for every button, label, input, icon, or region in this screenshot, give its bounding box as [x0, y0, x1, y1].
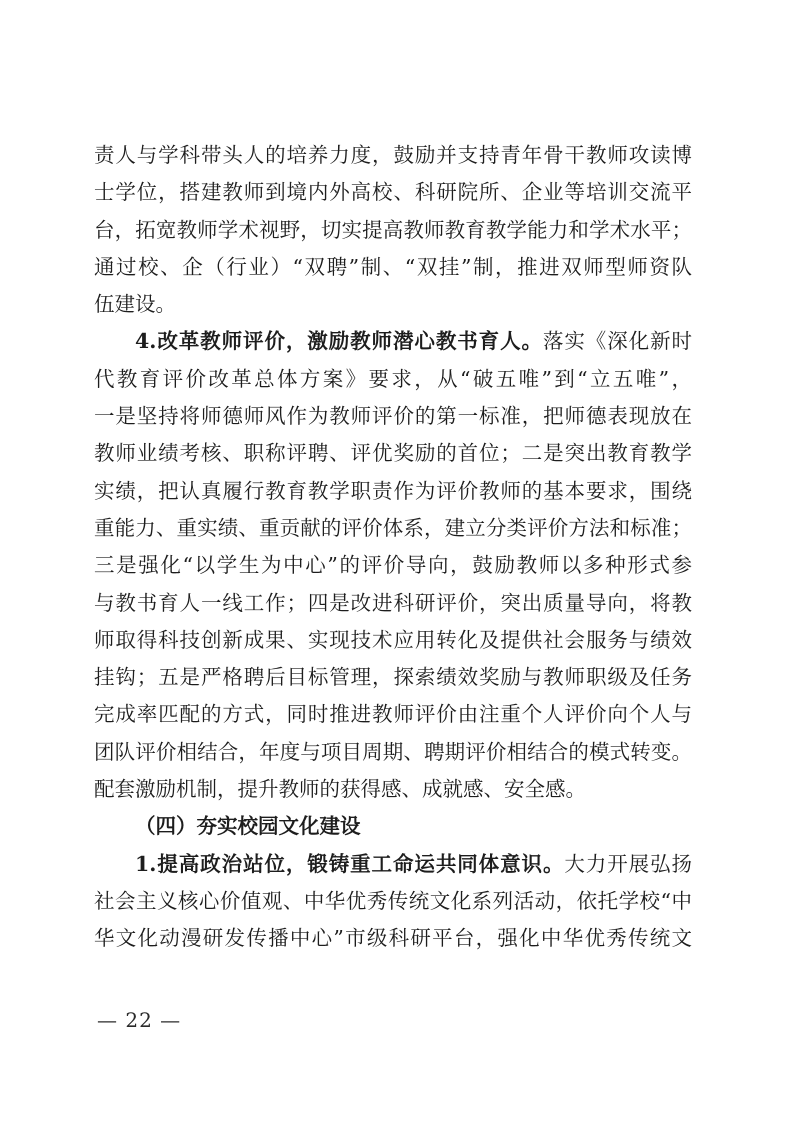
text-line: 一是坚持将师德师风作为教师评价的第一标准，把师德表现放在: [94, 398, 692, 435]
text-line: 责人与学科带头人的培养力度，鼓励并支持青年骨干教师攻读博: [94, 137, 692, 174]
text-line: 社会主义核心价值观、中华优秀传统文化系列活动，依托学校“中: [94, 883, 692, 920]
text-line: 实绩，把认真履行教育教学职责作为评价教师的基本要求，围绕: [94, 473, 692, 510]
text-line: 台，拓宽教师学术视野，切实提高教师教育教学能力和学术水平；: [94, 212, 692, 249]
section-heading: （四）夯实校园文化建设: [94, 808, 692, 845]
text-line: 伍建设。: [94, 286, 692, 323]
text-line: 三是强化“以学生为中心”的评价导向，鼓励教师以多种形式参: [94, 547, 692, 584]
bold-run: 4.改革教师评价，激励教师潜心教书育人。: [135, 329, 543, 353]
bold-run: 1.提高政治站位，锻铸重工命运共同体意识。: [135, 852, 564, 876]
text-line: 团队评价相结合，年度与项目周期、聘期评价相结合的模式转变。: [94, 734, 692, 771]
text-line: 士学位，搭建教师到境内外高校、科研院所、企业等培训交流平: [94, 174, 692, 211]
text-line-paragraph-start: 4.改革教师评价，激励教师潜心教书育人。落实《深化新时: [94, 323, 692, 360]
text-line: 完成率匹配的方式，同时推进教师评价由注重个人评价向个人与: [94, 696, 692, 733]
text-line: 挂钩；五是严格聘后目标管理，探索绩效奖励与教师职级及任务: [94, 659, 692, 696]
document-page: 责人与学科带头人的培养力度，鼓励并支持青年骨干教师攻读博 士学位，搭建教师到境内…: [0, 0, 793, 1122]
text-line: 通过校、企（行业）“双聘”制、“双挂”制，推进双师型师资队: [94, 249, 692, 286]
text-line: 师取得科技创新成果、实现技术应用转化及提供社会服务与绩效: [94, 622, 692, 659]
text-run: 落实《深化新时: [543, 329, 692, 353]
text-line-paragraph-start: 1.提高政治站位，锻铸重工命运共同体意识。大力开展弘扬: [94, 846, 692, 883]
document-body-text: 责人与学科带头人的培养力度，鼓励并支持青年骨干教师攻读博 士学位，搭建教师到境内…: [94, 137, 692, 958]
text-line: 代教育评价改革总体方案》要求，从“破五唯”到“立五唯”，: [94, 361, 692, 398]
text-line: 教师业绩考核、职称评聘、评优奖励的首位；二是突出教育教学: [94, 435, 692, 472]
page-number: — 22 —: [97, 1006, 181, 1034]
text-line: 华文化动漫研发传播中心”市级科研平台，强化中华优秀传统文: [94, 920, 692, 957]
text-line: 配套激励机制，提升教师的获得感、成就感、安全感。: [94, 771, 692, 808]
text-run: 大力开展弘扬: [564, 852, 692, 876]
text-line: 与教书育人一线工作；四是改进科研评价，突出质量导向，将教: [94, 585, 692, 622]
text-line: 重能力、重实绩、重贡献的评价体系，建立分类评价方法和标准；: [94, 510, 692, 547]
